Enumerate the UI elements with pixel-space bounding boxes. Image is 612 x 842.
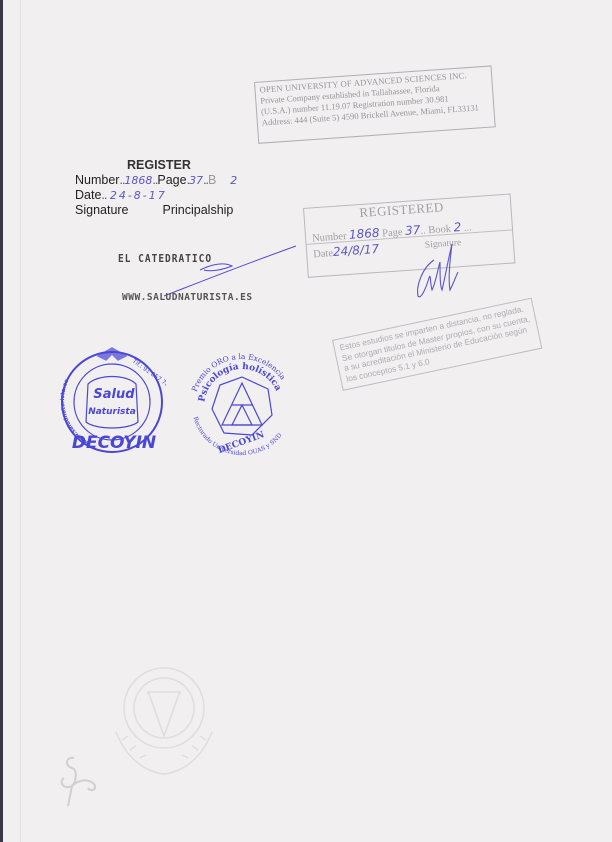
document-page: OPEN UNIVERSITY OF ADVANCED SCIENCES INC… bbox=[0, 0, 612, 842]
scan-edge bbox=[0, 0, 3, 842]
svg-text:Rectorado Universidad OUAS y S: Rectorado Universidad OUAS y SND bbox=[192, 416, 284, 457]
svg-text:Salud: Salud bbox=[93, 387, 135, 402]
book-label: B bbox=[208, 173, 216, 187]
svg-text:DECOYIN: DECOYIN bbox=[72, 433, 156, 453]
date-value: 24/8/17 bbox=[332, 242, 379, 259]
date-label: Date bbox=[75, 188, 101, 202]
psicologia-holistica-seal-icon: Premio ORO a la Excelencia Psicología ho… bbox=[180, 345, 305, 460]
register-date-row: Date.. 24-8-17 bbox=[75, 188, 237, 203]
handwritten-signature-icon bbox=[412, 238, 462, 300]
register-signature-row: SignaturePrincipalship bbox=[75, 203, 237, 218]
catedratico-website: WWW.SALUDNATURISTA.ES bbox=[122, 292, 253, 303]
embossed-seal-icon bbox=[98, 652, 230, 784]
page-fold-line bbox=[20, 0, 21, 842]
book-value: 2 bbox=[230, 174, 237, 187]
principalship-label: Principalship bbox=[163, 203, 234, 217]
spanish-notice-stamp: Estos estudios se imparten a distancia, … bbox=[332, 298, 542, 391]
number-value: 1868 bbox=[124, 174, 152, 187]
register-title: REGISTER bbox=[75, 158, 237, 173]
signature-stroke-icon bbox=[160, 240, 300, 300]
date-label: Date bbox=[313, 248, 334, 260]
open-university-stamp: OPEN UNIVERSITY OF ADVANCED SCIENCES INC… bbox=[254, 65, 496, 143]
salud-naturista-seal-icon: www.saludnaturista.es Tlf.: 91 857 70 01… bbox=[58, 344, 166, 456]
page-value: 37 bbox=[189, 174, 203, 187]
embossed-flourish-icon bbox=[54, 752, 102, 810]
registered-stamp: REGISTERED Number 1868 Page 37.. Book 2 … bbox=[303, 193, 515, 277]
page-label: Page bbox=[157, 173, 186, 187]
register-number-row: Number..1868..Page.37..B 2 bbox=[75, 173, 237, 188]
number-label: Number bbox=[75, 173, 119, 187]
registered-date-row: Date24/8/17 bbox=[313, 242, 380, 261]
signature-label: Signature bbox=[75, 203, 129, 217]
date-value: 24-8-17 bbox=[110, 189, 167, 202]
registered-title: REGISTERED bbox=[359, 199, 444, 221]
svg-text:Naturista: Naturista bbox=[88, 407, 136, 417]
register-block-left: REGISTER Number..1868..Page.37..B 2 Date… bbox=[75, 158, 237, 218]
